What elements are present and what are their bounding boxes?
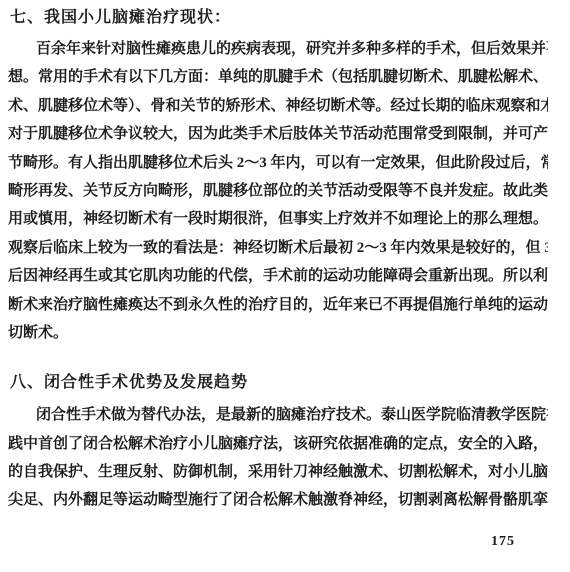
text-line: 尖足、内外翻足等运动畸型施行了闭合松解术触激脊神经，切割剥离松解骨骼肌挛缩组织，	[8, 486, 548, 514]
text-line: 闭合性手术做为替代办法，是最新的脑瘫治疗技术。泰山医学院临清教学医院在临床实	[8, 401, 548, 429]
paragraph-closed-surgery: 闭合性手术做为替代办法，是最新的脑瘫治疗技术。泰山医学院临清教学医院在临床实 践…	[8, 401, 548, 515]
page-content: 七、我国小儿脑瘫治疗现状： 百余年来针对脑性瘫痪患儿的疾病表现，研究并多种多样的…	[8, 8, 548, 515]
text-line: 后因神经再生或其它肌肉功能的代偿，手术前的运动功能障碍会重新出现。所以利用神经切	[8, 262, 548, 290]
text-line: 切断术。	[8, 319, 548, 347]
text-line: 想。常用的手术有以下几方面：单纯的肌腱手术（包括肌腱切断术、肌腱松解术、肌腱延长	[8, 63, 548, 91]
text-line: 对于肌腱移位术争议较大，因为此类手术后肢体关节活动范围常受到限制，并可产生新的关	[8, 120, 548, 148]
text-line: 用或慎用，神经切断术有一段时期很浒，但事实上疗效并不如理论上的那么理想。经过长期	[8, 205, 548, 233]
paragraph-treatment-status: 百余年来针对脑性瘫痪患儿的疾病表现，研究并多种多样的手术，但后效果并不完全理 想…	[8, 35, 548, 347]
section-heading-8: 八、闭合性手术优势及发展趋势	[10, 373, 548, 393]
text-line: 的自我保护、生理反射、防御机制，采用针刀神经触激术、切割松解术，对小儿脑瘫剪刀步…	[8, 458, 548, 486]
text-line: 百余年来针对脑性瘫痪患儿的疾病表现，研究并多种多样的手术，但后效果并不完全理	[8, 35, 548, 63]
document-page: 七、我国小儿脑瘫治疗现状： 百余年来针对脑性瘫痪患儿的疾病表现，研究并多种多样的…	[0, 0, 570, 572]
text-line: 观察后临床上较为一致的看法是：神经切断术后最初 2～3 年内效果是较好的，但 3…	[8, 234, 548, 262]
section-heading-7: 七、我国小儿脑瘫治疗现状：	[10, 8, 548, 28]
text-line: 断术来治疗脑性瘫痪达不到永久性的治疗目的，近年来已不再提倡施行单纯的运动神经肌支	[8, 291, 548, 319]
text-line: 节畸形。有人指出肌腱移位术后头 2～3 年内，可以有一定效果，但此阶段过后，常常…	[8, 149, 548, 177]
page-number: 175	[491, 534, 515, 550]
text-line: 践中首创了闭合松解术治疗小儿脑瘫疗法，该研究依据准确的定点，安全的入路，依靠机体	[8, 430, 548, 458]
text-line: 术、肌腱移位术等）、骨和关节的矫形术、神经切断术等。经过长期的临床观察和术后随访…	[8, 92, 548, 120]
text-line: 畸形再发、关节反方向畸形，肌腱移位部位的关节活动受限等不良并发症。故此类手术已不	[8, 177, 548, 205]
